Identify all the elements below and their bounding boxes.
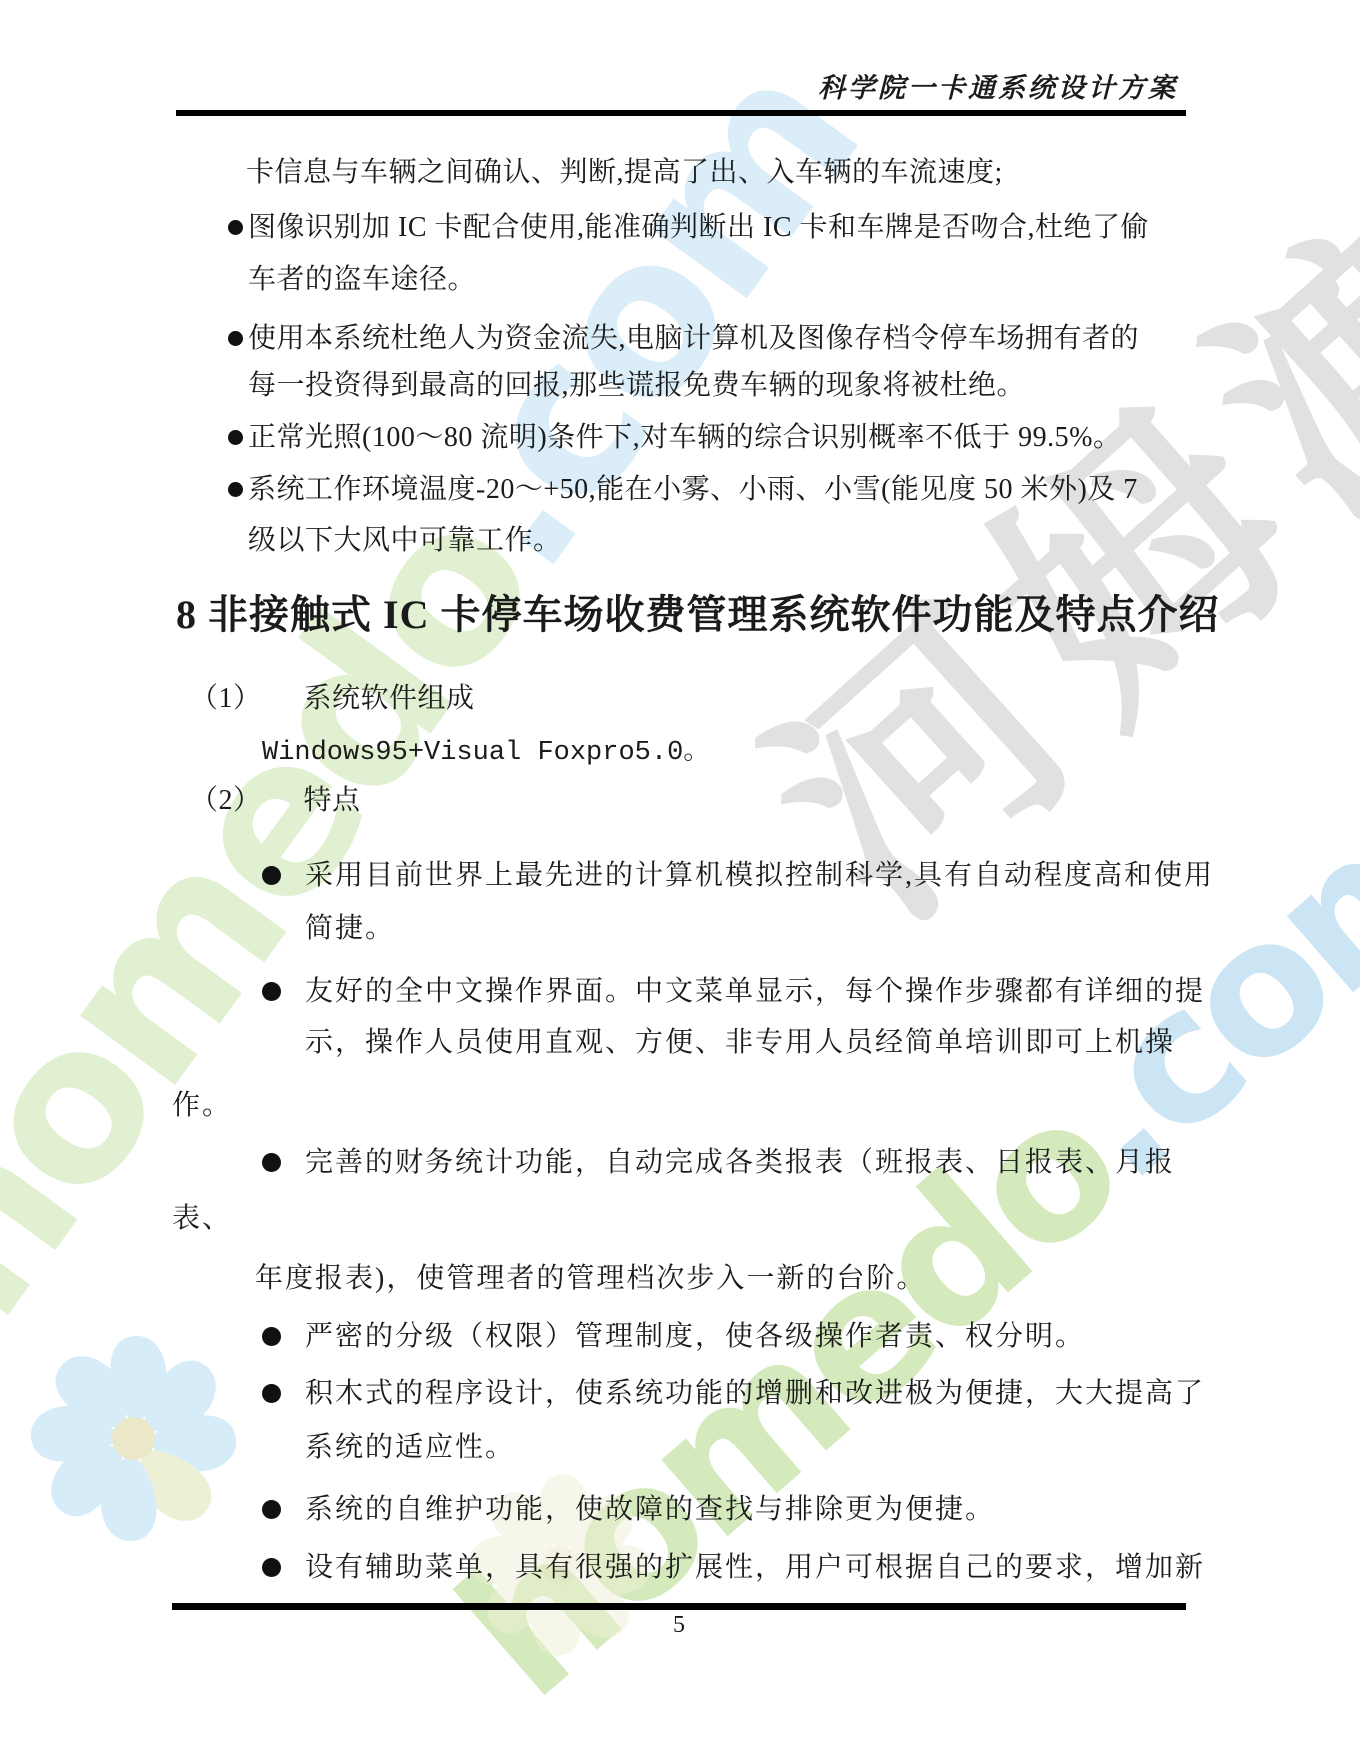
item-number: （1） [190, 682, 262, 716]
bullet-line-text: 系统工作环境温度-20～+50,能在小雾、小雨、小雪(能见度 50 米外)及 7 [248, 474, 1138, 505]
feature-bullet-line: 系统的自维护功能，使故障的查找与排除更为便捷。 [305, 1493, 995, 1527]
section-heading: 8 非接触式 IC 卡停车场收费管理系统软件功能及特点介绍 [176, 583, 1219, 640]
feature-text: 严密的分级（权限）管理制度，使各级操作者责、权分明。 [305, 1321, 1085, 1352]
software-composition-line: Windows95+Visual Foxpro5.0。 [262, 736, 710, 770]
page-number: 5 [172, 1612, 1186, 1639]
bullet-line-text: 使用本系统杜绝人为资金流失,电脑计算机及图像存档令停车场拥有者的 [248, 323, 1139, 354]
footer-rule [172, 1603, 1186, 1610]
document-content: 科学院一卡通系统设计方案 卡信息与车辆之间确认、判断,提高了出、入车辆的车流速度… [0, 0, 1360, 1760]
header-rule [176, 110, 1186, 116]
bullet-dot [262, 1558, 281, 1577]
bullet-dot [262, 1153, 281, 1172]
feature-line: 示，操作人员使用直观、方便、非专用人员经简单培训即可上机操 [305, 1026, 1175, 1060]
numbered-item-1: （1）系统软件组成 [190, 682, 475, 716]
feature-line: 作。 [172, 1089, 232, 1123]
document-page: homedo.com homedo.com 河姆渡 [0, 0, 1360, 1760]
feature-line: 年度报表)，使管理者的管理档次步入一新的台阶。 [255, 1262, 926, 1296]
item-title: 系统软件组成 [304, 682, 475, 716]
numbered-item-2: （2）特点 [190, 784, 361, 818]
feature-bullet-line: 设有辅助菜单，具有很强的扩展性，用户可根据自己的要求，增加新 [305, 1551, 1205, 1585]
feature-text: 友好的全中文操作界面。中文菜单显示，每个操作步骤都有详细的提 [305, 976, 1205, 1007]
item-title: 特点 [304, 784, 361, 818]
bullet-line: 正常光照(100～80 流明)条件下,对车辆的综合识别概率不低于 99.5%。 [248, 421, 1121, 455]
feature-bullet-line: 友好的全中文操作界面。中文菜单显示，每个操作步骤都有详细的提 [305, 975, 1205, 1009]
bullet-line: 图像识别加 IC 卡配合使用,能准确判断出 IC 卡和车牌是否吻合,杜绝了偷 [248, 211, 1149, 245]
bullet-dot [228, 430, 243, 445]
bullet-dot [228, 220, 243, 235]
feature-text: 系统的自维护功能，使故障的查找与排除更为便捷。 [305, 1494, 995, 1525]
feature-bullet-line: 积木式的程序设计，使系统功能的增删和改进极为便捷，大大提高了 [305, 1377, 1205, 1411]
feature-text: 完善的财务统计功能，自动完成各类报表（班报表、日报表、月报 [305, 1147, 1175, 1178]
feature-line: 简捷。 [305, 912, 395, 946]
feature-bullet-line: 完善的财务统计功能，自动完成各类报表（班报表、日报表、月报 [305, 1146, 1175, 1180]
bullet-line-text: 图像识别加 IC 卡配合使用,能准确判断出 IC 卡和车牌是否吻合,杜绝了偷 [248, 212, 1149, 243]
feature-text: 采用目前世界上最先进的计算机模拟控制科学,具有自动程度高和使用 [305, 860, 1214, 891]
bullet-dot [262, 866, 281, 885]
bullet-dot [228, 331, 243, 346]
bullet-dot [262, 982, 281, 1001]
feature-bullet-line: 严密的分级（权限）管理制度，使各级操作者责、权分明。 [305, 1320, 1085, 1354]
page-header-title: 科学院一卡通系统设计方案 [818, 66, 1178, 105]
bullet-dot [262, 1500, 281, 1519]
feature-line: 表、 [172, 1202, 232, 1236]
bullet-line-text: 正常光照(100～80 流明)条件下,对车辆的综合识别概率不低于 99.5%。 [248, 422, 1121, 453]
feature-bullet-line: 采用目前世界上最先进的计算机模拟控制科学,具有自动程度高和使用 [305, 859, 1214, 893]
bullet-dot [262, 1384, 281, 1403]
feature-text: 积木式的程序设计，使系统功能的增删和改进极为便捷，大大提高了 [305, 1378, 1205, 1409]
body-line: 卡信息与车辆之间确认、判断,提高了出、入车辆的车流速度; [246, 156, 1003, 190]
body-line: 级以下大风中可靠工作。 [248, 524, 562, 558]
item-number: （2） [190, 784, 262, 818]
body-line: 每一投资得到最高的回报,那些谎报免费车辆的现象将被杜绝。 [248, 369, 1025, 403]
bullet-dot [228, 482, 243, 497]
body-line: 车者的盗车途径。 [248, 263, 476, 297]
feature-line: 系统的适应性。 [305, 1431, 515, 1465]
bullet-line: 系统工作环境温度-20～+50,能在小雾、小雨、小雪(能见度 50 米外)及 7 [248, 473, 1138, 507]
bullet-line: 使用本系统杜绝人为资金流失,电脑计算机及图像存档令停车场拥有者的 [248, 322, 1139, 356]
feature-text: 设有辅助菜单，具有很强的扩展性，用户可根据自己的要求，增加新 [305, 1552, 1205, 1583]
bullet-dot [262, 1327, 281, 1346]
